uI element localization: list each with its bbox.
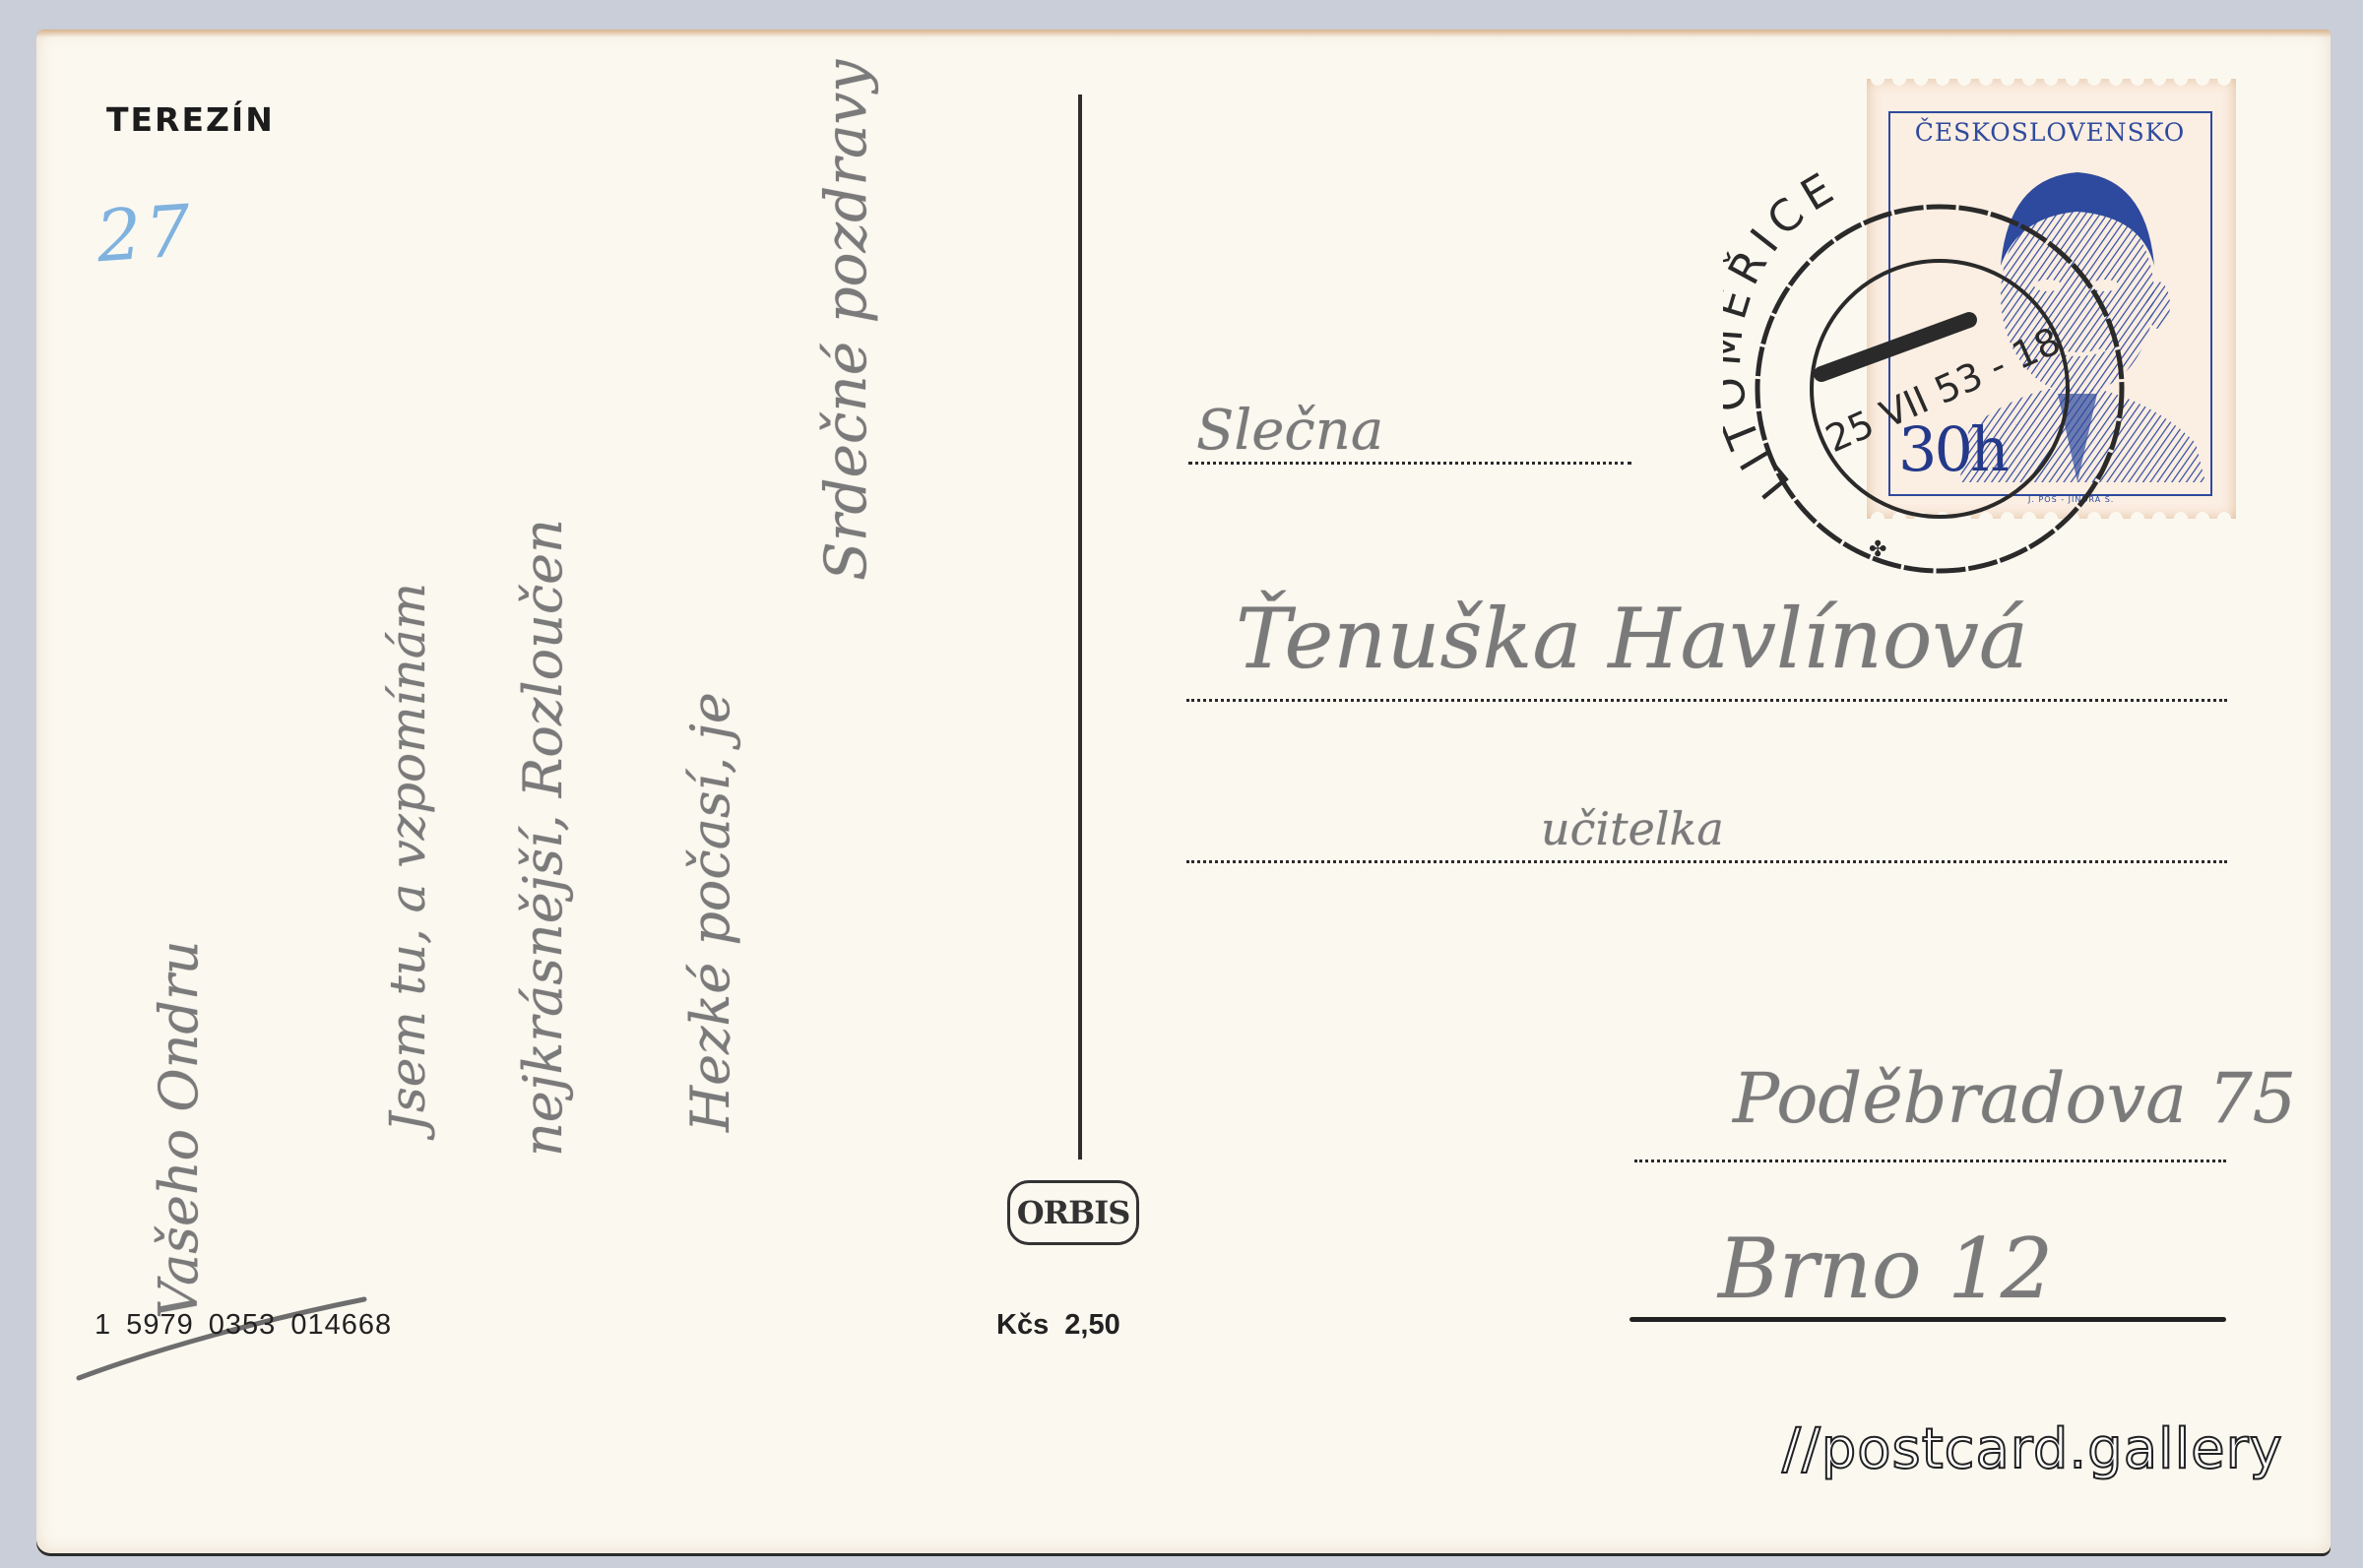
message-column-4: Jsem tu, a vzpomínám [379, 583, 436, 1132]
message-column-3: nejkrásnější, Rozloučen [512, 519, 574, 1157]
address-occupation: učitelka [1541, 802, 1724, 855]
address-name: Ťenuška Havlínová [1236, 591, 2028, 687]
price-label: Kčs 2,50 [996, 1309, 1120, 1342]
message-column-2: Hezké počasí, je [679, 692, 741, 1132]
watermark: //postcard.gallery [1782, 1417, 2283, 1481]
stamp-country: ČESKOSLOVENSKO [1896, 118, 2203, 147]
serial-number: 1 5979 0353 014668 [95, 1309, 392, 1342]
message-column-1: Srdečné pozdravy [812, 60, 879, 581]
svg-text:✤: ✤ [1869, 537, 1886, 562]
signature: Vašeho Ondru [148, 940, 210, 1319]
address-line-5 [1629, 1317, 2226, 1322]
postcard-title: TEREZÍN [106, 100, 275, 139]
address-salutation: Slečna [1196, 399, 1383, 463]
address-city: Brno 12 [1718, 1221, 2053, 1317]
address-line-4 [1634, 1160, 2226, 1162]
postmark-cancellation: LITOMĚŘICE 25 VII 53 - 18 ✤ [1723, 157, 2156, 591]
catalog-number: 27 [94, 189, 197, 279]
postmark-date: 25 VII 53 - 18 [1820, 319, 2067, 461]
address-line-3 [1186, 860, 2227, 863]
publisher-logo: ORBIS [1007, 1180, 1139, 1245]
center-divider [1078, 94, 1082, 1160]
address-line-2 [1186, 699, 2227, 702]
address-street: Poděbradova 75 [1733, 1058, 2296, 1139]
